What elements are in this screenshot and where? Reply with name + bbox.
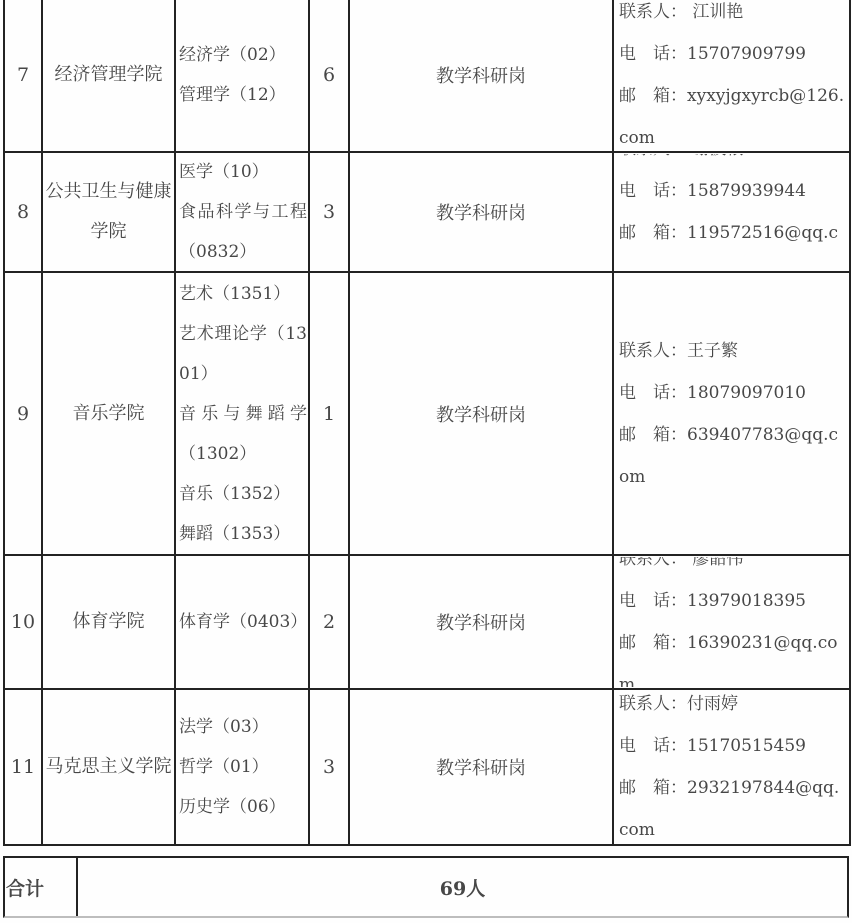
count-cell: 3 <box>309 152 349 272</box>
total-headcount: 69人 <box>78 858 847 916</box>
major-item: 管理学（12） <box>179 75 307 115</box>
row-number-cell: 11 <box>4 689 42 845</box>
major-item: 哲学（01） <box>179 747 307 787</box>
contact-phone: 电 话：13979018395 <box>619 580 848 622</box>
contact-person: 联系人： 廖韶伟 <box>619 557 848 580</box>
majors-cell: 法学（03）哲学（01）历史学（06） <box>175 689 309 845</box>
contact-person: 联系人： 江训艳 <box>619 0 848 33</box>
row-number: 7 <box>17 64 29 86</box>
post-type: 教学科研岗 <box>436 758 526 779</box>
count-cell: 1 <box>309 272 349 555</box>
count-value: 2 <box>323 611 335 633</box>
majors-cell: 经济学（02）管理学（12） <box>175 0 309 152</box>
major-item: 音乐（1352） <box>179 474 307 514</box>
post-type: 教学科研岗 <box>436 405 526 426</box>
contact-cell: 联系人： 谢波根 电 话：15879939944 邮 箱：119572516@q… <box>613 152 850 272</box>
post-cell: 教学科研岗 <box>349 689 613 845</box>
post-type: 教学科研岗 <box>436 203 526 224</box>
college-name: 音乐学院 <box>43 394 174 434</box>
contact-cell: 联系人： 廖韶伟 电 话：13979018395 邮 箱：16390231@qq… <box>613 555 850 689</box>
post-cell: 教学科研岗 <box>349 152 613 272</box>
major-item: 医学（10） <box>179 154 307 192</box>
college-cell: 公共卫生与健康学院 <box>42 152 175 272</box>
major-item: 体育学（0403） <box>179 602 307 642</box>
total-label: 合计 <box>5 858 78 916</box>
contact-phone: 电 话：15170515459 <box>619 725 848 767</box>
row-number: 8 <box>17 201 29 223</box>
count-value: 6 <box>323 64 335 86</box>
contact-phone: 电 话：18079097010 <box>619 372 848 414</box>
college-cell: 音乐学院 <box>42 272 175 555</box>
contact-email: 邮 箱：119572516@qq.com <box>619 212 848 270</box>
row-number-cell: 7 <box>4 0 42 152</box>
contact-person: 联系人：王子繁 <box>619 330 848 372</box>
major-item: 历史学（06） <box>179 787 307 827</box>
row-number: 10 <box>11 611 35 633</box>
college-name: 公共卫生与健康学院 <box>43 172 174 252</box>
count-cell: 2 <box>309 555 349 689</box>
contact-email: 邮 箱：2932197844@qq.com <box>619 767 848 843</box>
post-cell: 教学科研岗 <box>349 0 613 152</box>
count-cell: 6 <box>309 0 349 152</box>
majors-cell: 艺术（1351）艺术理论学（1301）音乐与舞蹈学（1302）音乐（1352）舞… <box>175 272 309 555</box>
contact-email: 邮 箱：xyxyjgxyrcb@126.com <box>619 75 848 150</box>
recruitment-table: 7 经济管理学院 经济学（02）管理学（12） 6 教学科研岗 联系人： 江训艳… <box>3 0 851 846</box>
college-name: 马克思主义学院 <box>43 747 174 787</box>
contact-person: 联系人： 谢波根 <box>619 154 848 170</box>
table-row: 9 音乐学院 艺术（1351）艺术理论学（1301）音乐与舞蹈学（1302）音乐… <box>4 272 850 555</box>
post-type: 教学科研岗 <box>436 66 526 87</box>
row-number-cell: 10 <box>4 555 42 689</box>
major-item: 法学（03） <box>179 707 307 747</box>
contact-phone: 电 话：15707909799 <box>619 33 848 75</box>
table-row: 10 体育学院 体育学（0403） 2 教学科研岗 联系人： 廖韶伟 电 话：1… <box>4 555 850 689</box>
college-name: 体育学院 <box>43 602 174 642</box>
count-value: 3 <box>323 756 335 778</box>
row-number-cell: 8 <box>4 152 42 272</box>
major-item: 舞蹈（1353） <box>179 514 307 554</box>
college-cell: 马克思主义学院 <box>42 689 175 845</box>
post-cell: 教学科研岗 <box>349 555 613 689</box>
table-row: 8 公共卫生与健康学院 医学（10）食品科学与工程（0832） 3 教学科研岗 … <box>4 152 850 272</box>
contact-cell: 联系人：王子繁 电 话：18079097010 邮 箱：639407783@qq… <box>613 272 850 555</box>
major-item: 食品科学与工程（0832） <box>179 192 307 270</box>
recruitment-table-page: 7 经济管理学院 经济学（02）管理学（12） 6 教学科研岗 联系人： 江训艳… <box>0 0 852 923</box>
contact-email: 邮 箱：639407783@qq.com <box>619 414 848 498</box>
row-number-cell: 9 <box>4 272 42 555</box>
table-row: 7 经济管理学院 经济学（02）管理学（12） 6 教学科研岗 联系人： 江训艳… <box>4 0 850 152</box>
count-value: 3 <box>323 201 335 223</box>
major-item: 艺术（1351） <box>179 274 307 314</box>
post-type: 教学科研岗 <box>436 613 526 634</box>
majors-cell: 医学（10）食品科学与工程（0832） <box>175 152 309 272</box>
major-item: 艺术理论学（1301） <box>179 314 307 394</box>
college-cell: 体育学院 <box>42 555 175 689</box>
post-cell: 教学科研岗 <box>349 272 613 555</box>
total-row: 合计 69人 <box>3 856 849 918</box>
contact-person: 联系人：付雨婷 <box>619 691 848 725</box>
contact-phone: 电 话：15879939944 <box>619 170 848 212</box>
major-item: 经济学（02） <box>179 35 307 75</box>
contact-cell: 联系人：付雨婷 电 话：15170515459 邮 箱：2932197844@q… <box>613 689 850 845</box>
row-number: 11 <box>11 756 35 778</box>
count-cell: 3 <box>309 689 349 845</box>
table-row: 11 马克思主义学院 法学（03）哲学（01）历史学（06） 3 教学科研岗 联… <box>4 689 850 845</box>
college-name: 经济管理学院 <box>43 55 174 95</box>
row-number: 9 <box>17 403 29 425</box>
count-value: 1 <box>323 403 335 425</box>
college-cell: 经济管理学院 <box>42 0 175 152</box>
contact-cell: 联系人： 江训艳 电 话：15707909799 邮 箱：xyxyjgxyrcb… <box>613 0 850 152</box>
major-item: 音乐与舞蹈学（1302） <box>179 394 307 474</box>
majors-cell: 体育学（0403） <box>175 555 309 689</box>
contact-email: 邮 箱：16390231@qq.com <box>619 622 848 687</box>
